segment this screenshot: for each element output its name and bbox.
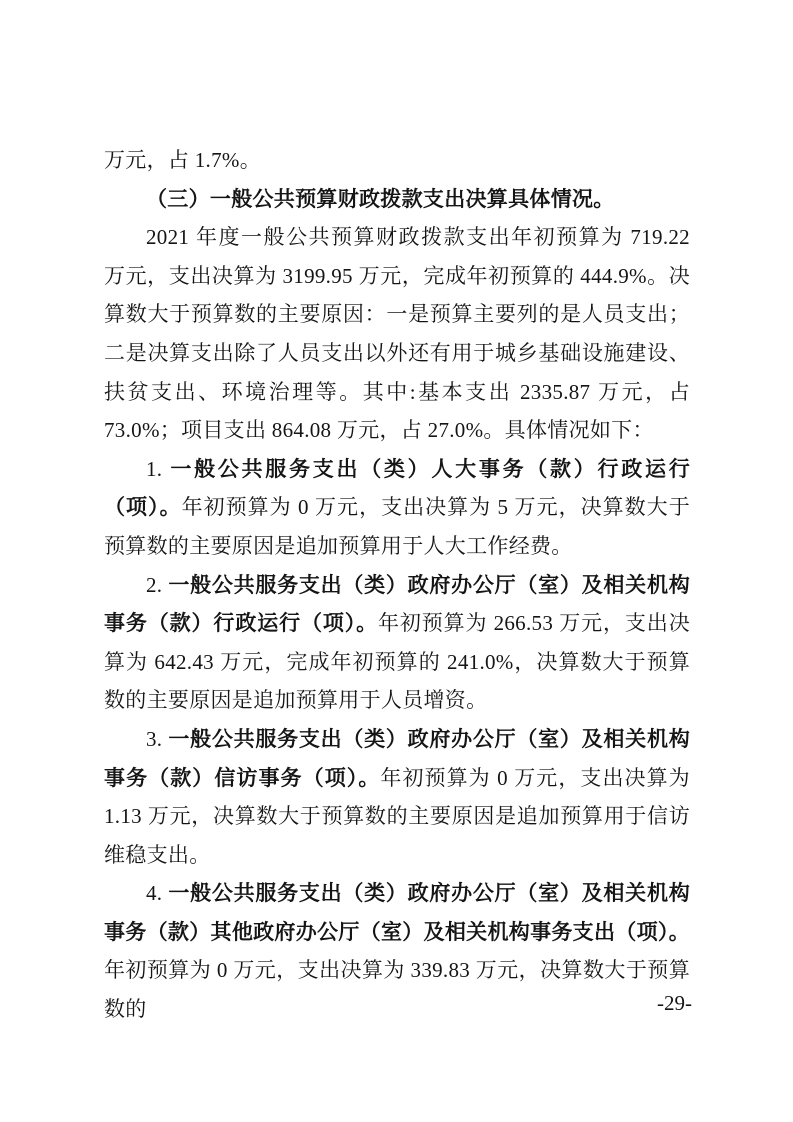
list-item-1: 1. 一般公共服务支出（类）人大事务（款）行政运行（项）。年初预算为 0 万元，…	[104, 450, 690, 566]
list-item-3: 3. 一般公共服务支出（类）政府办公厅（室）及相关机构事务（款）信访事务（项）。…	[104, 720, 690, 874]
item-number: 4.	[146, 881, 168, 905]
item-title: 一般公共服务支出（类）政府办公厅（室）及相关机构事务（款）其他政府办公厅（室）及…	[104, 881, 690, 944]
item-number: 1.	[146, 457, 170, 481]
text-run: 万元，占 1.7%。	[104, 148, 261, 172]
item-body: 年初预算为 0 万元，支出决算为 339.83 万元，决算数大于预算数的	[104, 958, 690, 1021]
heading-text: （三）一般公共预算财政拨款支出决算具体情况。	[146, 187, 615, 211]
text-block: 万元，占 1.7%。 （三）一般公共预算财政拨款支出决算具体情况。 2021 年…	[104, 141, 690, 1029]
document-page: 万元，占 1.7%。 （三）一般公共预算财政拨款支出决算具体情况。 2021 年…	[0, 0, 793, 1122]
paragraph-budget-overview: 2021 年度一般公共预算财政拨款支出年初预算为 719.22 万元，支出决算为…	[104, 218, 690, 450]
item-body: 年初预算为 0 万元，支出决算为 5 万元，决算数大于预算数的主要原因是追加预算…	[104, 495, 690, 558]
page-number: -29-	[657, 991, 692, 1015]
section-heading: （三）一般公共预算财政拨款支出决算具体情况。	[104, 180, 690, 219]
paragraph-continuation: 万元，占 1.7%。	[104, 141, 690, 180]
item-number: 2.	[146, 573, 168, 597]
list-item-2: 2. 一般公共服务支出（类）政府办公厅（室）及相关机构事务（款）行政运行（项）。…	[104, 566, 690, 720]
list-item-4: 4. 一般公共服务支出（类）政府办公厅（室）及相关机构事务（款）其他政府办公厅（…	[104, 874, 690, 1028]
text-run: 2021 年度一般公共预算财政拨款支出年初预算为 719.22 万元，支出决算为…	[104, 225, 690, 442]
item-number: 3.	[146, 727, 168, 751]
